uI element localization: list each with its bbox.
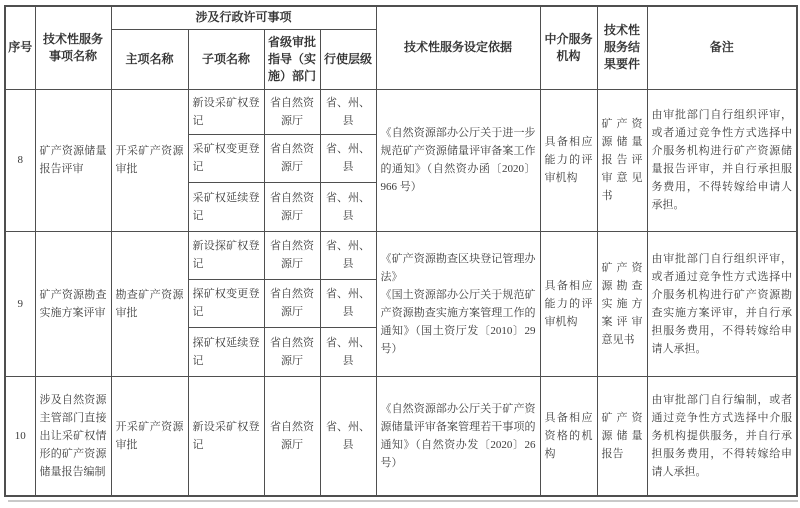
sub-item-name-cell: 探矿权变更登记 [188, 279, 264, 327]
level-cell: 省、州、县 [320, 376, 376, 496]
result-cell: 矿产资源勘查实施方案评审意见书 [597, 231, 647, 376]
level-cell: 省、州、县 [320, 182, 376, 231]
dept-cell: 省自然资源厅 [264, 231, 320, 279]
sub-item-name-cell: 采矿权延续登记 [188, 182, 264, 231]
header-service-name: 技术性服务事项名称 [35, 6, 111, 89]
serial-cell: 8 [5, 89, 35, 231]
level-cell: 省、州、县 [320, 89, 376, 134]
result-cell: 矿产资源储量报告 [597, 376, 647, 496]
header-main-item: 主项名称 [111, 29, 188, 89]
sub-item-name-cell: 探矿权延续登记 [188, 327, 264, 376]
table-row: 10 涉及自然资源主管部门直接出让采矿权情形的矿产资源储量报告编制 开采矿产资源… [5, 376, 797, 496]
basis-cell: 《自然资源部办公厅关于矿产资源储量评审备案管理若干事项的通知》（自然资办发〔20… [376, 376, 540, 496]
service-name-cell: 矿产资源储量报告评审 [35, 89, 111, 231]
header-result: 技术性服务结果要件 [597, 6, 647, 89]
header-remark: 备注 [647, 6, 797, 89]
dept-cell: 省自然资源厅 [264, 376, 320, 496]
agency-cell: 具备相应能力的评审机构 [540, 231, 597, 376]
header-serial: 序号 [5, 6, 35, 89]
technical-service-items-table: 序号 技术性服务事项名称 涉及行政许可事项 技术性服务设定依据 中介服务机构 技… [4, 5, 798, 497]
sub-item-name-cell: 新设采矿权登记 [188, 89, 264, 134]
table-bottom-shadow [8, 500, 798, 502]
dept-cell: 省自然资源厅 [264, 182, 320, 231]
dept-cell: 省自然资源厅 [264, 327, 320, 376]
basis-text: 《国土资源部办公厅关于规范矿产资源勘查实施方案管理工作的通知》（国土资厅发〔20… [381, 286, 536, 358]
basis-text: 《矿产资源勘查区块登记管理办法》 [381, 250, 536, 286]
agency-cell: 具备相应资格的机构 [540, 376, 597, 496]
remark-cell: 由审批部门自行编制，或者通过竞争性方式选择中介服务机构提供服务，并自行承担服务费… [647, 376, 797, 496]
header-dept: 省级审批指导（实施）部门 [264, 29, 320, 89]
result-cell: 矿产资源储量报告评审意见书 [597, 89, 647, 231]
basis-text: 《自然资源部办公厅关于进一步规范矿产资源储量评审备案工作的通知》（自然资办函〔2… [381, 124, 536, 196]
main-item-cell: 开采矿产资源审批 [111, 89, 188, 231]
header-agency: 中介服务机构 [540, 6, 597, 89]
level-cell: 省、州、县 [320, 134, 376, 182]
header-basis: 技术性服务设定依据 [376, 6, 540, 89]
level-cell: 省、州、县 [320, 231, 376, 279]
main-item-cell: 开采矿产资源审批 [111, 376, 188, 496]
basis-cell: 《矿产资源勘查区块登记管理办法》 《国土资源部办公厅关于规范矿产资源勘查实施方案… [376, 231, 540, 376]
header-admin-matters-band: 涉及行政许可事项 [111, 6, 376, 29]
table-row: 9 矿产资源勘查实施方案评审 勘查矿产资源审批 新设探矿权登记 省自然资源厅 省… [5, 231, 797, 279]
service-name-cell: 矿产资源勘查实施方案评审 [35, 231, 111, 376]
sub-item-name-cell: 采矿权变更登记 [188, 134, 264, 182]
basis-text: 《自然资源部办公厅关于矿产资源储量评审备案管理若干事项的通知》（自然资办发〔20… [381, 400, 536, 472]
remark-cell: 由审批部门自行组织评审，或者通过竞争性方式选择中介服务机构进行矿产资源储量报告评… [647, 89, 797, 231]
dept-cell: 省自然资源厅 [264, 89, 320, 134]
main-item-cell: 勘查矿产资源审批 [111, 231, 188, 376]
table-row: 8 矿产资源储量报告评审 开采矿产资源审批 新设采矿权登记 省自然资源厅 省、州… [5, 89, 797, 134]
sub-item-name-cell: 新设探矿权登记 [188, 231, 264, 279]
header-level: 行使层级 [320, 29, 376, 89]
agency-cell: 具备相应能力的评审机构 [540, 89, 597, 231]
serial-cell: 10 [5, 376, 35, 496]
dept-cell: 省自然资源厅 [264, 134, 320, 182]
document-page: 序号 技术性服务事项名称 涉及行政许可事项 技术性服务设定依据 中介服务机构 技… [0, 0, 800, 508]
remark-cell: 由审批部门自行组织评审，或者通过竞争性方式选择中介服务机构进行矿产资源勘查实施方… [647, 231, 797, 376]
level-cell: 省、州、县 [320, 327, 376, 376]
dept-cell: 省自然资源厅 [264, 279, 320, 327]
basis-cell: 《自然资源部办公厅关于进一步规范矿产资源储量评审备案工作的通知》（自然资办函〔2… [376, 89, 540, 231]
sub-item-name-cell: 新设采矿权登记 [188, 376, 264, 496]
serial-cell: 9 [5, 231, 35, 376]
level-cell: 省、州、县 [320, 279, 376, 327]
header-row-1: 序号 技术性服务事项名称 涉及行政许可事项 技术性服务设定依据 中介服务机构 技… [5, 6, 797, 29]
header-sub-item: 子项名称 [188, 29, 264, 89]
service-name-cell: 涉及自然资源主管部门直接出让采矿权情形的矿产资源储量报告编制 [35, 376, 111, 496]
